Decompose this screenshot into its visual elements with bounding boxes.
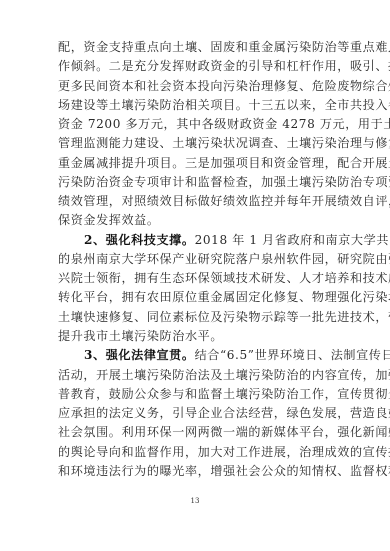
text-line: 资金 7200 多万元，其中各级财政资金 4278 万元，用于土壤环境 <box>58 115 334 134</box>
text-line: 兴院士领衔，拥有生态环保领域技术研发、人才培养和技术成果 <box>58 269 334 288</box>
text-line: 的舆论导向和监督作用，加大对工作进展，治理成效的宣传报道 <box>58 443 334 462</box>
text-line: 土壤快速修复、同位素标位及污染物示踪等一批先进技术，带动 <box>58 308 334 327</box>
text-line: 作倾斜。二是充分发挥财政资金的引导和杠杆作用，吸引、撬动 <box>58 57 334 76</box>
text-line: 普教育，鼓励公众参与和监督土壤污染防治工作，宣传贯彻企业 <box>58 385 334 404</box>
text-line: 转化平台，拥有农田原位重金属固定化修复、物理强化污染场地 <box>58 288 334 307</box>
document-page: 配，资金支持重点向土壤、固废和重金属污染防治等重点难点工 作倾斜。二是充分发挥财… <box>0 0 390 551</box>
text-line: 重金属减排提升项目。三是加强项目和资金管理，配合开展土壤 <box>58 154 334 173</box>
section-heading-law: 3、强化法律宣贯。 <box>84 348 195 362</box>
text-line: 的泉州南京大学环保产业研究院落户泉州软件园，研究院由张全 <box>58 250 334 269</box>
text-line: 提升我市土壤污染防治水平。 <box>58 327 334 346</box>
text-line: 应承担的法定义务，引导企业合法经营，绿色发展，营造良好的 <box>58 404 334 423</box>
text-line: 污染防治资金专项审计和监督检查，加强土壤污染防治专项资金 <box>58 173 334 192</box>
text-span: 结合“6.5”世界环境日、法制宣传日等 <box>195 348 390 362</box>
section-heading-line: 2、强化科技支撑。2018 年 1 月省政府和南京大学共同举办 <box>58 231 334 250</box>
text-line: 配，资金支持重点向土壤、固废和重金属污染防治等重点难点工 <box>58 38 334 57</box>
text-line: 和环境违法行为的曝光率，增强社会公众的知情权、监督权和参 <box>58 462 334 481</box>
body-text: 配，资金支持重点向土壤、固废和重金属污染防治等重点难点工 作倾斜。二是充分发挥财… <box>58 38 334 481</box>
section-heading-line: 3、强化法律宣贯。结合“6.5”世界环境日、法制宣传日等 <box>58 346 334 365</box>
text-line: 保资金发挥效益。 <box>58 211 334 230</box>
text-line: 绩效管理，对照绩效目标做好绩效监控并每年开展绩效自评，确 <box>58 192 334 211</box>
text-line: 活动，开展土壤污染防治法及土壤污染防治的内容宣传，加强科 <box>58 366 334 385</box>
section-heading-tech: 2、强化科技支撑。 <box>84 233 195 247</box>
page-number: 13 <box>0 497 390 505</box>
text-line: 社会氛围。利用环保一网两微一端的新媒体平台，强化新闻媒体 <box>58 423 334 442</box>
text-line: 场建设等土壤污染防治相关项目。十三五以来，全市共投入各类 <box>58 96 334 115</box>
text-line: 更多民间资本和社会资本投向污染治理修复、危险废物综合处置 <box>58 77 334 96</box>
text-line: 管理监测能力建设、土壤污染状况调查、土壤污染治理与修复、 <box>58 134 334 153</box>
text-span: 2018 年 1 月省政府和南京大学共同举办 <box>195 233 390 247</box>
